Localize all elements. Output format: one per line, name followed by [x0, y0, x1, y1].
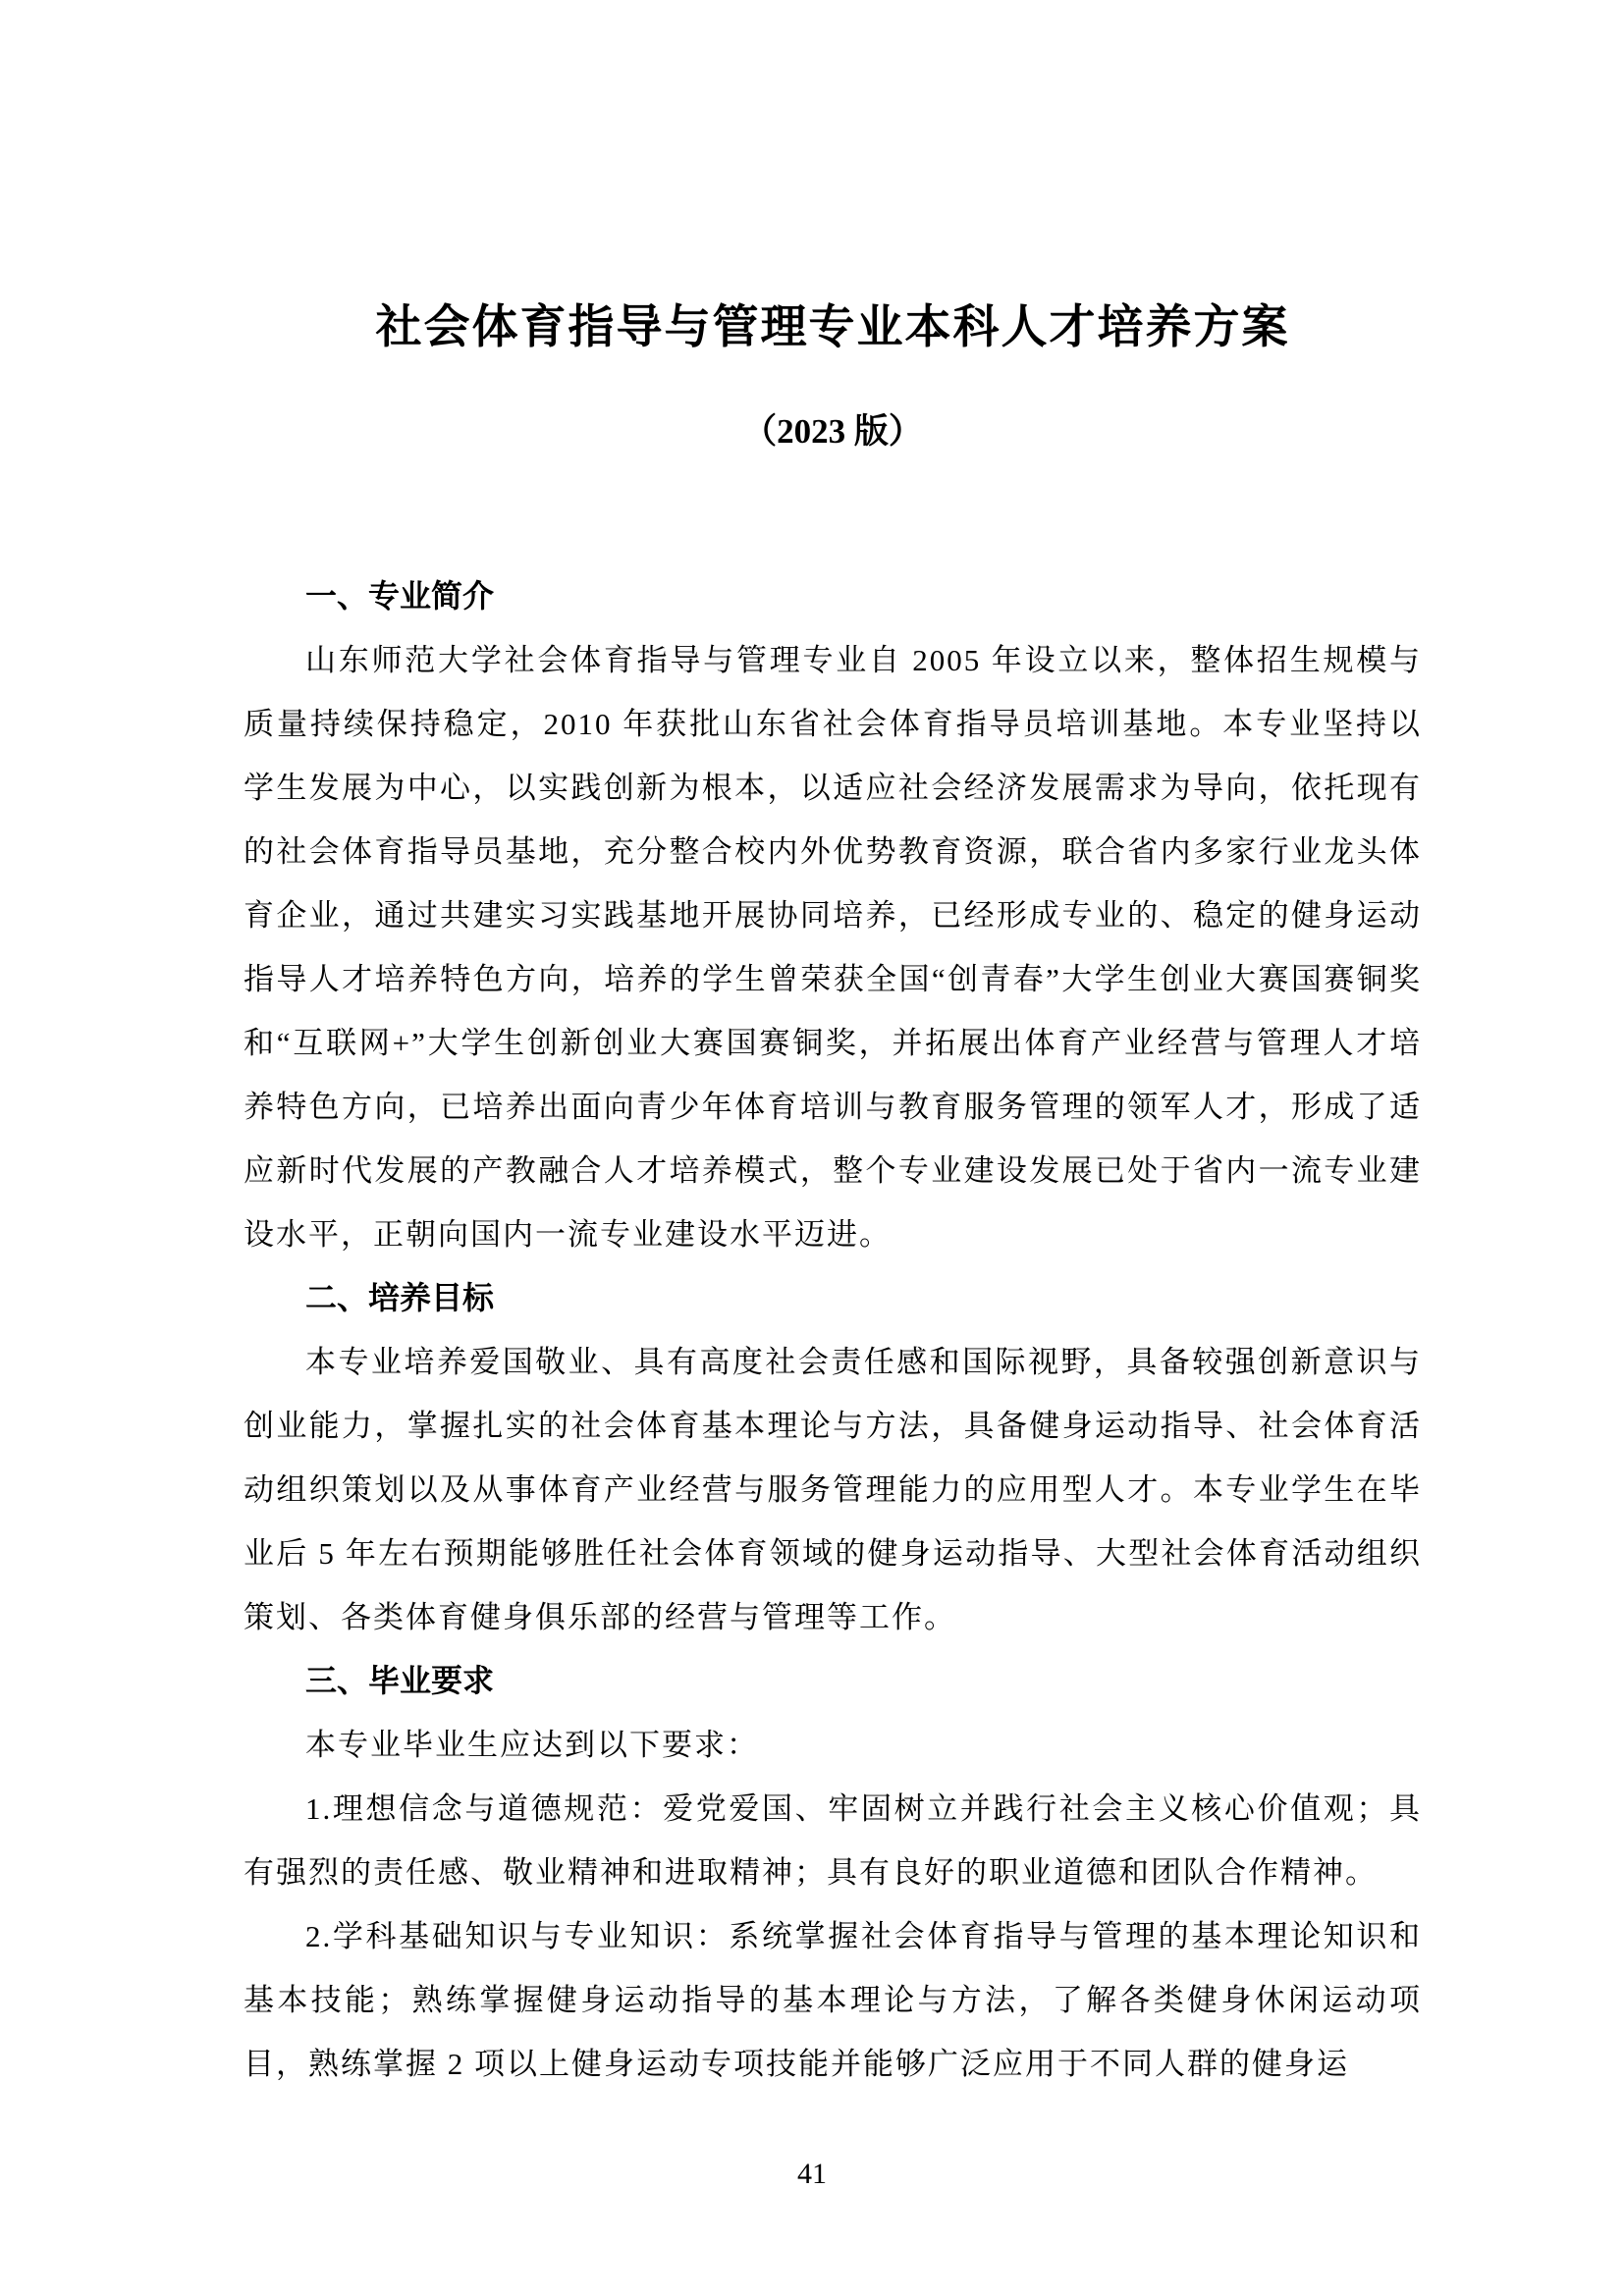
section-heading-1: 一、专业简介 [244, 564, 1422, 628]
document-content: 社会体育指导与管理专业本科人才培养方案 （2023 版） 一、专业简介 山东师范… [244, 0, 1422, 2096]
section-2-paragraph: 本专业培养爱国敬业、具有高度社会责任感和国际视野，具备较强创新意识与创业能力，掌… [244, 1330, 1422, 1649]
document-subtitle: （2023 版） [244, 409, 1422, 454]
section-3-requirement-1: 1.理想信念与道德规范：爱党爱国、牢固树立并践行社会主义核心价值观；具有强烈的责… [244, 1777, 1422, 1904]
page-number: 41 [0, 2156, 1624, 2193]
section-heading-3: 三、毕业要求 [244, 1649, 1422, 1713]
document-page: 社会体育指导与管理专业本科人才培养方案 （2023 版） 一、专业简介 山东师范… [0, 0, 1624, 2296]
section-3-requirement-2: 2.学科基础知识与专业知识：系统掌握社会体育指导与管理的基本理论知识和基本技能；… [244, 1904, 1422, 2096]
document-title: 社会体育指导与管理专业本科人才培养方案 [244, 297, 1422, 358]
section-3-paragraph-intro: 本专业毕业生应达到以下要求： [244, 1713, 1422, 1777]
section-1-paragraph: 山东师范大学社会体育指导与管理专业自 2005 年设立以来，整体招生规模与质量持… [244, 628, 1422, 1266]
section-heading-2: 二、培养目标 [244, 1266, 1422, 1330]
